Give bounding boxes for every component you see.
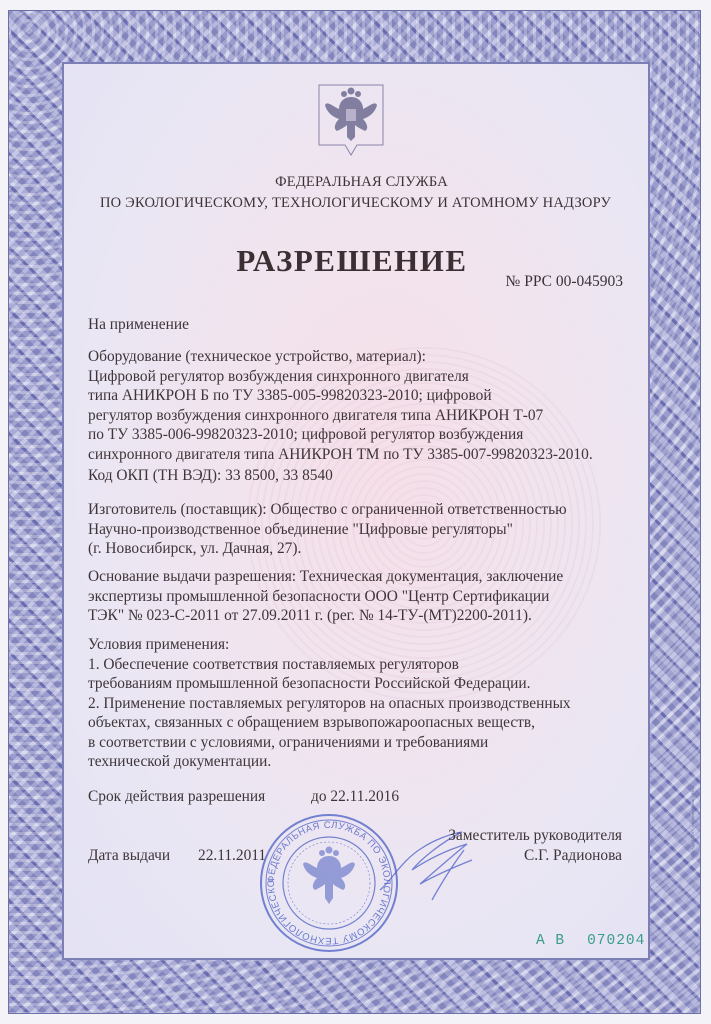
conditions-line: технической документации. bbox=[88, 752, 633, 772]
equipment-section: Оборудование (техническое устройство, ма… bbox=[88, 347, 633, 464]
equipment-line: синхронного двигателя типа АНИКРОН ТМ по… bbox=[88, 445, 633, 465]
equipment-line: по ТУ 3385-006-99820323-2010; цифровой р… bbox=[88, 425, 633, 445]
form-serial: А В070204 bbox=[536, 933, 645, 949]
equipment-line: регулятор возбуждения синхронного двигат… bbox=[88, 406, 633, 426]
conditions-line: 2. Применение поставляемых регуляторов н… bbox=[88, 694, 633, 714]
basis-line: экспертизы промышленной безопасности ООО… bbox=[88, 587, 633, 607]
agency-name-line1: ФЕДЕРАЛЬНАЯ СЛУЖБА bbox=[6, 174, 711, 191]
issue-row: Дата выдачи 22.11.2011 bbox=[88, 847, 170, 865]
conditions-line: 1. Обеспечение соответствия поставляемых… bbox=[88, 655, 633, 675]
permit-number: № РРС 00-045903 bbox=[506, 273, 623, 291]
validity-date: до 22.11.2016 bbox=[311, 788, 399, 806]
basis-line: Основание выдачи разрешения: Техническая… bbox=[88, 567, 633, 587]
validity-row: Срок действия разрешения до 22.11.2016 bbox=[88, 788, 265, 806]
equipment-line: типа АНИКРОН Б по ТУ 3385-005-99820323-2… bbox=[88, 386, 633, 406]
equipment-line: Оборудование (техническое устройство, ма… bbox=[88, 347, 633, 367]
purpose-text: На применение bbox=[88, 315, 633, 335]
issue-date: 22.11.2011 bbox=[198, 847, 266, 865]
manufacturer-line: (г. Новосибирск, ул. Дачная, 27). bbox=[88, 539, 633, 559]
issue-label: Дата выдачи bbox=[88, 847, 170, 864]
validity-label: Срок действия разрешения bbox=[88, 788, 265, 805]
serial-number: 070204 bbox=[587, 933, 645, 949]
conditions-section: Условия применения: 1. Обеспечение соотв… bbox=[88, 635, 633, 772]
conditions-line: требованиям промышленной безопасности Ро… bbox=[88, 674, 633, 694]
agency-name-line2: ПО ЭКОЛОГИЧЕСКОМУ, ТЕХНОЛОГИЧЕСКОМУ И АТ… bbox=[0, 195, 711, 212]
serial-series: А В bbox=[536, 933, 565, 949]
purpose-section: На применение bbox=[88, 315, 633, 335]
basis-section: Основание выдачи разрешения: Техническая… bbox=[88, 567, 633, 626]
conditions-line: в соответствии с условиями, ограничениям… bbox=[88, 733, 633, 753]
manufacturer-line: Научно-производственное объединение "Циф… bbox=[88, 520, 633, 540]
signer-title: Заместитель руководителя bbox=[448, 826, 622, 846]
manufacturer-line: Изготовитель (поставщик): Общество с огр… bbox=[88, 500, 633, 520]
signer-name: С.Г. Радионова bbox=[448, 846, 622, 866]
conditions-line: объектах, связанных с обращением взрывоп… bbox=[88, 713, 633, 733]
printer-imprint: ООО «ДИАЛОГ», г. Новосибирск, 2010 г. bbox=[690, 785, 695, 860]
signer-block: Заместитель руководителя С.Г. Радионова bbox=[448, 826, 622, 866]
okp-section: Код ОКП (ТН ВЭД): 33 8500, 33 8540 bbox=[88, 466, 633, 486]
equipment-line: Цифровой регулятор возбуждения синхронно… bbox=[88, 367, 633, 387]
okp-code: Код ОКП (ТН ВЭД): 33 8500, 33 8540 bbox=[88, 466, 633, 486]
conditions-heading: Условия применения: bbox=[88, 635, 633, 655]
basis-line: ТЭК" № 023-С-2011 от 27.09.2011 г. (рег.… bbox=[88, 606, 633, 626]
russian-coat-of-arms-icon bbox=[317, 83, 385, 160]
manufacturer-section: Изготовитель (поставщик): Общество с огр… bbox=[88, 500, 633, 559]
